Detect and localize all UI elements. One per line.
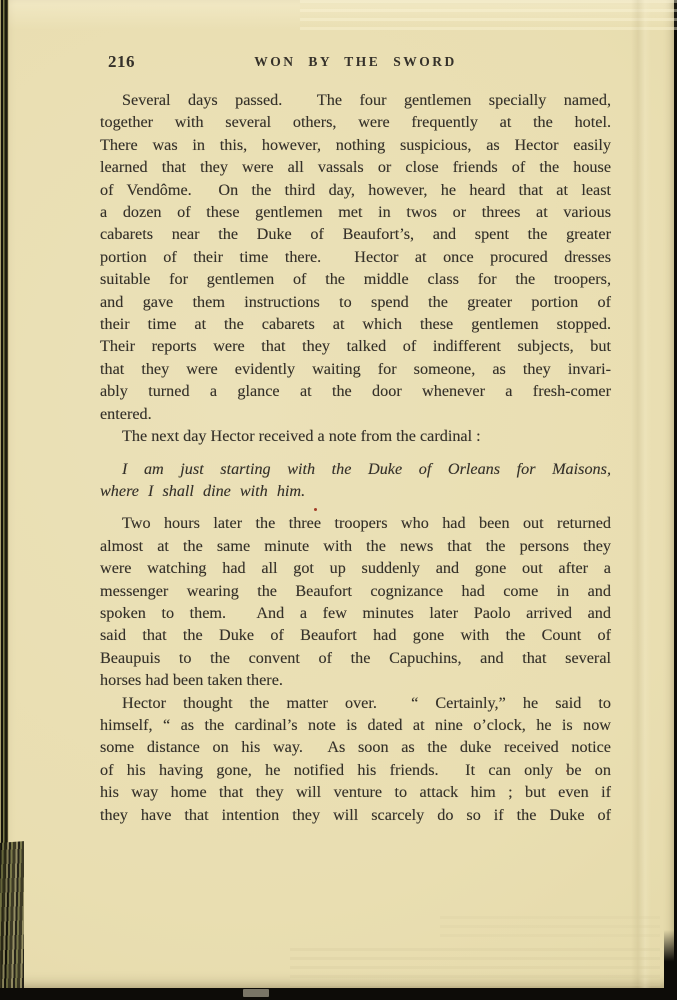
- text-line: that they were evidently waiting for som…: [100, 358, 611, 380]
- paragraph: The next day Hector received a note from…: [100, 425, 611, 447]
- ink-speck: [314, 508, 317, 511]
- paragraph: Several days passed. The four gentlemen …: [100, 89, 611, 425]
- text-line: The next day Hector received a note from…: [100, 425, 611, 447]
- note-paragraph: I am just starting with the Duke of Orle…: [100, 458, 611, 503]
- text-line: almost at the same minute with the news …: [100, 535, 611, 557]
- text-line: cabarets near the Duke of Beaufort’s, an…: [100, 223, 611, 245]
- text-line: entered.: [100, 403, 611, 425]
- text-line: a dozen of these gentlemen met in twos o…: [100, 201, 611, 223]
- page-stack-bottom-edge: [290, 948, 660, 986]
- text-line: There was in this, however, nothing susp…: [100, 134, 611, 156]
- text-line: Several days passed. The four gentlemen …: [100, 89, 611, 111]
- text-line: messenger wearing the Beaufort cognizanc…: [100, 580, 611, 602]
- text-line: horses had been taken there.: [100, 669, 611, 691]
- text-line: Two hours later the three troopers who h…: [100, 512, 611, 534]
- page-header: 216 WON BY THE SWORD: [100, 52, 611, 70]
- text-line: himself, “ as the cardinal’s note is dat…: [100, 714, 611, 736]
- text-line: ably turned a glance at the door wheneve…: [100, 380, 611, 402]
- text-line: Their reports were that they talked of i…: [100, 335, 611, 357]
- text-line: of his having gone, he notified his frie…: [100, 759, 611, 781]
- page-stack-corner: [0, 841, 24, 993]
- text-line: portion of their time there. Hector at o…: [100, 246, 611, 268]
- book-scan: 216 WON BY THE SWORD Several days passed…: [0, 0, 677, 1000]
- text-line: said that the Duke of Beaufort had gone …: [100, 624, 611, 646]
- text-line: some distance on his way. As soon as the…: [100, 736, 611, 758]
- text-line: Hector thought the matter over. “ Certai…: [100, 692, 611, 714]
- paragraph: Two hours later the three troopers who h…: [100, 512, 611, 691]
- text-line: their time at the cabarets at which thes…: [100, 313, 611, 335]
- text-line: suitable for gentlemen of the middle cla…: [100, 268, 611, 290]
- page-stack-top-edge: [300, 0, 677, 30]
- paragraph: Hector thought the matter over. “ Certai…: [100, 692, 611, 826]
- text-line: were watching had all got up suddenly an…: [100, 557, 611, 579]
- scan-bottom-edge: [0, 988, 677, 1000]
- text-line: Beaupuis to the convent of the Capuchins…: [100, 647, 611, 669]
- text-line: I am just starting with the Duke of Orle…: [100, 458, 611, 480]
- text-line: of Vendôme. On the third day, however, h…: [100, 179, 611, 201]
- text-line: and gave them instructions to spend the …: [100, 291, 611, 313]
- body-text: Several days passed. The four gentlemen …: [100, 89, 611, 826]
- text-line: spoken to them. And a few minutes later …: [100, 602, 611, 624]
- page-stack-bottom-edge: [440, 916, 660, 942]
- scan-bottom-mark: [243, 989, 269, 997]
- ink-speck: [566, 770, 568, 772]
- text-line: together with several others, were frequ…: [100, 111, 611, 133]
- text-line: learned that they were all vassals or cl…: [100, 156, 611, 178]
- running-title: WON BY THE SWORD: [100, 54, 611, 70]
- text-line: where I shall dine with him.: [100, 480, 611, 502]
- text-line: they have that intention they will scarc…: [100, 804, 611, 826]
- scan-right-shadow: [664, 930, 677, 1000]
- page-crease: [631, 0, 651, 1000]
- text-line: his way home that they will venture to a…: [100, 781, 611, 803]
